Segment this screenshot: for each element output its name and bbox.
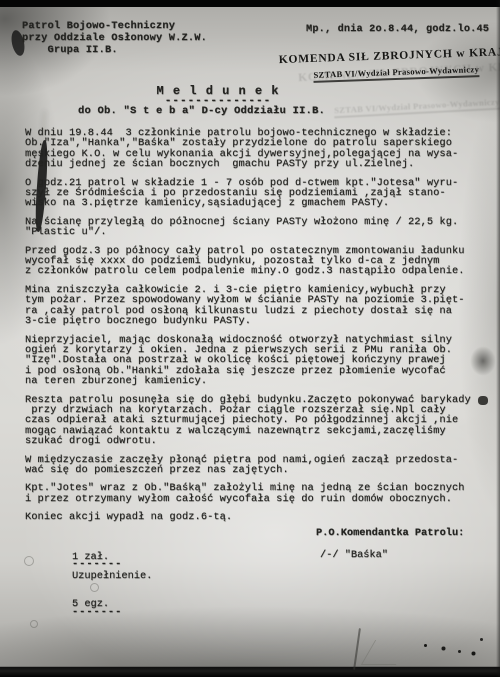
copies-underline: ------- bbox=[72, 606, 122, 618]
paragraph-6: Nieprzyjaciel, mając doskonałą widocznoś… bbox=[25, 335, 493, 387]
title-block: M e l d u n e k -------------- bbox=[148, 84, 288, 105]
photo-edge-bottom bbox=[0, 666, 500, 677]
signature-role: P.O.Komendantka Patrolu: bbox=[316, 527, 464, 539]
paragraph-10: Koniec akcji wypadł na godz.6-tą. bbox=[25, 512, 493, 522]
paper-ring-mark bbox=[90, 583, 99, 592]
paragraph-3: Na ścianę przyległą do północnej ściany … bbox=[25, 217, 493, 238]
paragraph-8: W międzyczasie zaczęły płonąć piętra pod… bbox=[25, 455, 493, 476]
addressee-line: do Ob. "S t e b a" D-cy Oddziału II.B. bbox=[78, 105, 325, 117]
title-underline: -------------- bbox=[148, 98, 288, 105]
dirt-specks bbox=[424, 644, 427, 647]
signature-name: /-/ "Baśka" bbox=[320, 549, 388, 561]
dateline: Mp., dnia 2o.8.44, godz.lo.45 bbox=[306, 24, 489, 35]
paragraph-9: Kpt."Jotes" wraz z Ob."Baśką" założyli m… bbox=[25, 483, 493, 504]
paper-ring-mark bbox=[24, 556, 34, 566]
paragraph-2: O godz.21 patrol w składzie 1 - 7 osób p… bbox=[25, 178, 493, 209]
paragraph-4: Przed godz.3 po północy cały patrol po o… bbox=[25, 246, 493, 277]
paragraph-7: Reszta patrolu posunęła się do głębi bud… bbox=[25, 395, 493, 447]
photo-edge-top bbox=[0, 0, 500, 7]
document-scan: Patrol Bojowo-Techniczny przy Oddziale O… bbox=[0, 0, 500, 677]
paragraph-1: W dniu 19.8.44 3 członkinie patrolu bojo… bbox=[25, 128, 493, 170]
paper-ring-mark bbox=[30, 620, 38, 628]
unit-designation: Patrol Bojowo-Techniczny przy Oddziale O… bbox=[22, 20, 207, 56]
report-body: W dniu 19.8.44 3 członkinie patrolu bojo… bbox=[25, 128, 493, 531]
supplement-note: Uzupełnienie. bbox=[72, 570, 152, 582]
attachments-underline: ------- bbox=[72, 558, 122, 570]
paragraph-5: Mina zniszczyła całkowicie 2. i 3-cie pi… bbox=[25, 285, 493, 327]
